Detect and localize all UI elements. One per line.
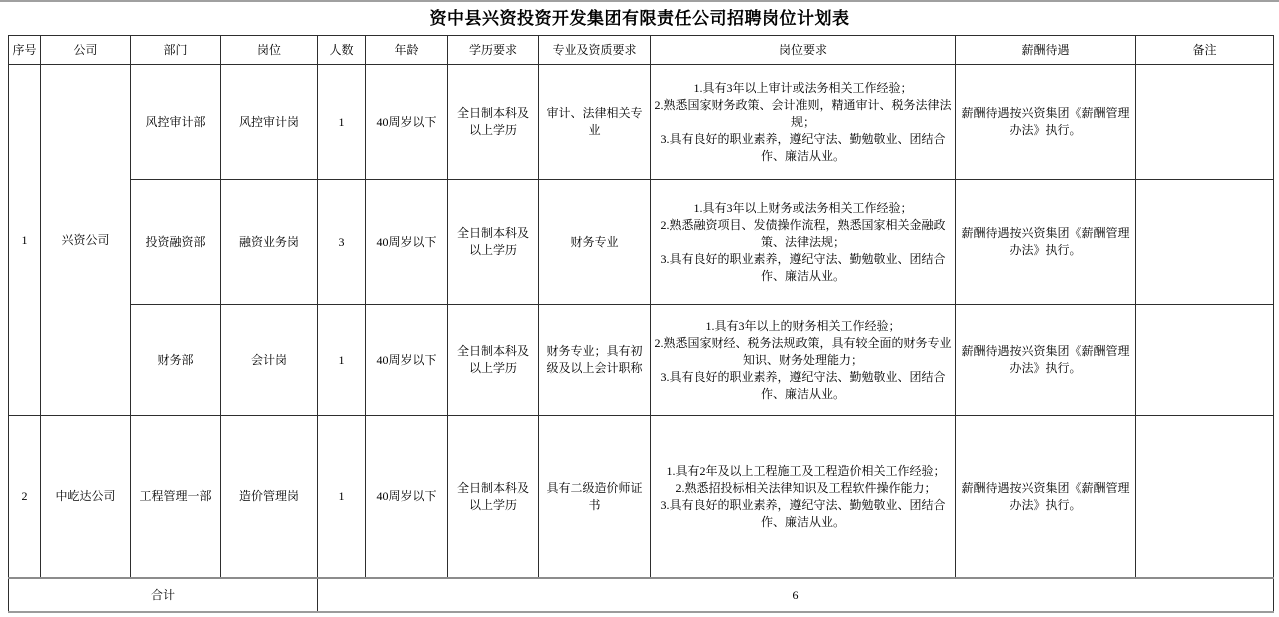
table-row: 投资融资部 融资业务岗 3 40周岁以下 全日制本科及 以上学历 财务专业 1.… <box>9 180 1274 305</box>
note-cell <box>1136 416 1274 579</box>
dept-cell: 工程管理一部 <box>131 416 221 579</box>
seq-cell: 2 <box>9 416 41 579</box>
post-cell: 风控审计岗 <box>221 65 318 180</box>
major-cell: 审计、法律相关专业 <box>539 65 651 180</box>
edu-cell: 全日制本科及 以上学历 <box>448 180 539 305</box>
major-cell: 财务专业 <box>539 180 651 305</box>
table-header-row: 序号 公司 部门 岗位 人数 年龄 学历要求 专业及资质要求 岗位要求 薪酬待遇… <box>9 36 1274 65</box>
post-cell: 会计岗 <box>221 305 318 416</box>
header-cell-edu: 学历要求 <box>448 36 539 65</box>
header-cell-note: 备注 <box>1136 36 1274 65</box>
count-cell: 3 <box>318 180 366 305</box>
page-title: 资中县兴资投资开发集团有限责任公司招聘岗位计划表 <box>0 2 1279 35</box>
age-cell: 40周岁以下 <box>366 65 448 180</box>
header-cell-age: 年龄 <box>366 36 448 65</box>
post-cell: 融资业务岗 <box>221 180 318 305</box>
salary-cell: 薪酬待遇按兴资集团《薪酬管理办法》执行。 <box>956 180 1136 305</box>
recruitment-plan-table: 序号 公司 部门 岗位 人数 年龄 学历要求 专业及资质要求 岗位要求 薪酬待遇… <box>8 35 1274 613</box>
age-cell: 40周岁以下 <box>366 180 448 305</box>
major-cell: 财务专业；具有初级及以上会计职称 <box>539 305 651 416</box>
dept-cell: 投资融资部 <box>131 180 221 305</box>
count-cell: 1 <box>318 65 366 180</box>
note-cell <box>1136 305 1274 416</box>
requirements-cell: 1.具有3年以上财务或法务相关工作经验； 2.熟悉融资项目、发债操作流程，熟悉国… <box>651 180 956 305</box>
age-cell: 40周岁以下 <box>366 305 448 416</box>
header-cell-dept: 部门 <box>131 36 221 65</box>
major-cell: 具有二级造价师证书 <box>539 416 651 579</box>
header-cell-count: 人数 <box>318 36 366 65</box>
count-cell: 1 <box>318 416 366 579</box>
edu-cell: 全日制本科及 以上学历 <box>448 305 539 416</box>
requirements-cell: 1.具有3年以上审计或法务相关工作经验； 2.熟悉国家财务政策、会计准则，精通审… <box>651 65 956 180</box>
salary-cell: 薪酬待遇按兴资集团《薪酬管理办法》执行。 <box>956 305 1136 416</box>
header-cell-post: 岗位 <box>221 36 318 65</box>
table-row: 1 兴资公司 风控审计部 风控审计岗 1 40周岁以下 全日制本科及 以上学历 … <box>9 65 1274 180</box>
salary-cell: 薪酬待遇按兴资集团《薪酬管理办法》执行。 <box>956 65 1136 180</box>
requirements-cell: 1.具有2年及以上工程施工及工程造价相关工作经验； 2.熟悉招投标相关法律知识及… <box>651 416 956 579</box>
requirements-cell: 1.具有3年以上的财务相关工作经验； 2.熟悉国家财经、税务法规政策，具有较全面… <box>651 305 956 416</box>
header-cell-req: 岗位要求 <box>651 36 956 65</box>
edu-cell: 全日制本科及 以上学历 <box>448 416 539 579</box>
header-cell-major: 专业及资质要求 <box>539 36 651 65</box>
salary-cell: 薪酬待遇按兴资集团《薪酬管理办法》执行。 <box>956 416 1136 579</box>
dept-cell: 风控审计部 <box>131 65 221 180</box>
footer-total-cell: 6 <box>318 578 1274 612</box>
footer-label-cell: 合计 <box>9 578 318 612</box>
header-cell-company: 公司 <box>41 36 131 65</box>
table-row: 财务部 会计岗 1 40周岁以下 全日制本科及 以上学历 财务专业；具有初级及以… <box>9 305 1274 416</box>
count-cell: 1 <box>318 305 366 416</box>
seq-cell: 1 <box>9 65 41 416</box>
header-cell-salary: 薪酬待遇 <box>956 36 1136 65</box>
dept-cell: 财务部 <box>131 305 221 416</box>
company-cell: 中屹达公司 <box>41 416 131 579</box>
post-cell: 造价管理岗 <box>221 416 318 579</box>
table-footer-row: 合计 6 <box>9 578 1274 612</box>
age-cell: 40周岁以下 <box>366 416 448 579</box>
spreadsheet-area: 资中县兴资投资开发集团有限责任公司招聘岗位计划表 序号 公司 部门 岗位 人数 … <box>0 0 1279 613</box>
edu-cell: 全日制本科及 以上学历 <box>448 65 539 180</box>
table-row: 2 中屹达公司 工程管理一部 造价管理岗 1 40周岁以下 全日制本科及 以上学… <box>9 416 1274 579</box>
company-cell: 兴资公司 <box>41 65 131 416</box>
note-cell <box>1136 180 1274 305</box>
header-cell-seq: 序号 <box>9 36 41 65</box>
note-cell <box>1136 65 1274 180</box>
